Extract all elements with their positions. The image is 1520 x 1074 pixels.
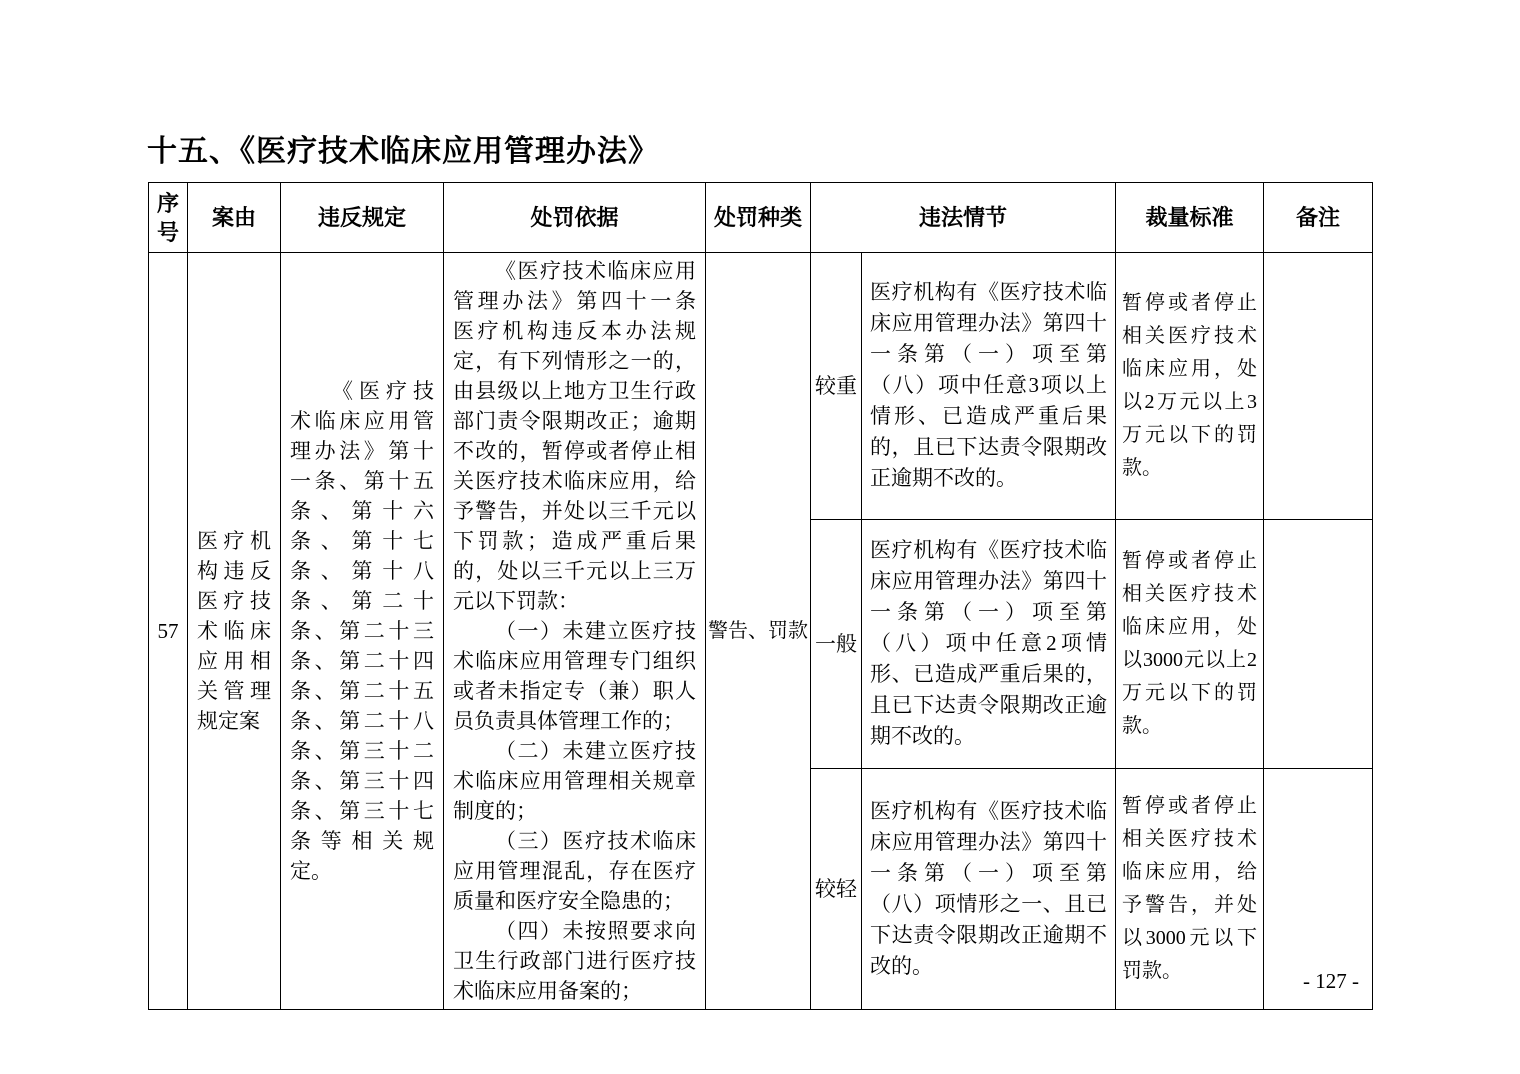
page-number: - 127 - bbox=[1303, 968, 1359, 994]
cell-penalty-type: 警告、罚款 bbox=[706, 253, 811, 1010]
cell-discretion-standard-2: 暂停或者停止相关医疗技术临床应用，处以3000元以上2万元以下的罚款。 bbox=[1116, 519, 1264, 768]
header-serial-no: 序号 bbox=[149, 183, 188, 253]
header-penalty-type: 处罚种类 bbox=[706, 183, 811, 253]
penalty-basis-paragraph: 《医疗技术临床应用管理办法》第四十一条 医疗机构违反本办法规定，有下列情形之一的… bbox=[453, 256, 696, 616]
penalty-discretion-table: 序号 案由 违反规定 处罚依据 处罚种类 违法情节 裁量标准 备注 57 医疗机… bbox=[148, 182, 1373, 1010]
header-penalty-basis: 处罚依据 bbox=[444, 183, 706, 253]
cell-discretion-standard-3: 暂停或者停止相关医疗技术临床应用，给予警告，并处以3000元以下罚款。 bbox=[1116, 768, 1264, 1009]
page-title: 十五、《医疗技术临床应用管理办法》 bbox=[147, 133, 659, 171]
header-remark: 备注 bbox=[1264, 183, 1373, 253]
header-violation-circumstance: 违法情节 bbox=[811, 183, 1116, 253]
cell-serial-no: 57 bbox=[149, 253, 188, 1010]
penalty-basis-paragraph: （二）未建立医疗技术临床应用管理相关规章制度的； bbox=[453, 736, 696, 826]
header-discretion-standard: 裁量标准 bbox=[1116, 183, 1264, 253]
cell-circumstance-3: 医疗机构有《医疗技术临床应用管理办法》第四十一条第（一）项至第（八）项情形之一、… bbox=[862, 768, 1116, 1009]
cell-severity-2: 一般 bbox=[811, 519, 862, 768]
cell-discretion-standard-1: 暂停或者停止相关医疗技术临床应用，处以2万元以上3万元以下的罚款。 bbox=[1116, 253, 1264, 520]
table-row: 57 医疗机构违反医疗技术临床应用相关管理规定案 《医疗技术临床应用管理办法》第… bbox=[149, 253, 1373, 520]
cell-circumstance-1: 医疗机构有《医疗技术临床应用管理办法》第四十一条第（一）项至第（八）项中任意3项… bbox=[862, 253, 1116, 520]
header-violated-provisions: 违反规定 bbox=[281, 183, 444, 253]
cell-penalty-basis: 《医疗技术临床应用管理办法》第四十一条 医疗机构违反本办法规定，有下列情形之一的… bbox=[444, 253, 706, 1010]
cell-violated-provisions: 《医疗技术临床应用管理办法》第十一条、第十五条、第十六条、第十七条、第十八条、第… bbox=[281, 253, 444, 1010]
cell-severity-3: 较轻 bbox=[811, 768, 862, 1009]
penalty-basis-paragraph: （四）未按照要求向卫生行政部门进行医疗技术临床应用备案的； bbox=[453, 916, 696, 1006]
table-header-row: 序号 案由 违反规定 处罚依据 处罚种类 违法情节 裁量标准 备注 bbox=[149, 183, 1373, 253]
cell-severity-1: 较重 bbox=[811, 253, 862, 520]
penalty-basis-paragraph: （一）未建立医疗技术临床应用管理专门组织或者未指定专（兼）职人员负责具体管理工作… bbox=[453, 616, 696, 736]
penalty-basis-paragraph: （三）医疗技术临床应用管理混乱，存在医疗质量和医疗安全隐患的； bbox=[453, 826, 696, 916]
cell-circumstance-2: 医疗机构有《医疗技术临床应用管理办法》第四十一条第（一）项至第（八）项中任意2项… bbox=[862, 519, 1116, 768]
cell-remark-2 bbox=[1264, 519, 1373, 768]
cell-case-title: 医疗机构违反医疗技术临床应用相关管理规定案 bbox=[188, 253, 281, 1010]
cell-remark-1 bbox=[1264, 253, 1373, 520]
header-case: 案由 bbox=[188, 183, 281, 253]
